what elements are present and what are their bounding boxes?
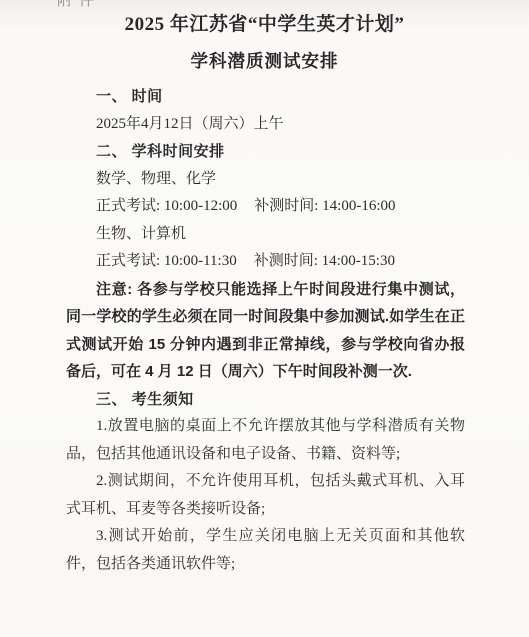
corner-cutoff-label: 附件 xyxy=(57,0,101,10)
exam-time-2: 正式考试: 10:00-11:30 xyxy=(96,253,237,269)
document-title: 2025 年江苏省“中学生英才计划” xyxy=(0,11,529,38)
schedule-row-1: 正式考试: 10:00-12:00补测时间: 14:00-16:00 xyxy=(66,193,465,221)
section-1-heading: 一、 时间 xyxy=(66,83,465,111)
document-body: 一、 时间 2025年4月12日（周六）上午 二、 学科时间安排 数学、物理、化… xyxy=(66,83,465,578)
note-item-2: 2.测试期间，不允许使用耳机，包括头戴式耳机、入耳式耳机、耳麦等各类接听设备; xyxy=(66,468,465,523)
subject-group-2: 生物、计算机 xyxy=(66,221,465,249)
test-date: 2025年4月12日（周六）上午 xyxy=(66,111,465,139)
makeup-time-1: 补测时间: 14:00-16:00 xyxy=(254,198,395,214)
notice-paragraph: 注意: 各参与学校只能选择上午时间段进行集中测试，同一学校的学生必须在同一时间段… xyxy=(66,276,465,386)
makeup-time-2: 补测时间: 14:00-15:30 xyxy=(254,253,395,269)
document-header: 2025 年江苏省“中学生英才计划” 学科潜质测试安排 xyxy=(0,0,529,74)
note-item-1: 1.放置电脑的桌面上不允许摆放其他与学科潜质有关物品，包括其他通讯设备和电子设备… xyxy=(66,413,465,468)
section-3-heading: 三、 考生须知 xyxy=(66,386,465,414)
schedule-row-2: 正式考试: 10:00-11:30补测时间: 14:00-15:30 xyxy=(66,248,465,276)
note-item-3: 3.测试开始前，学生应关闭电脑上无关页面和其他软件，包括各类通讯软件等; xyxy=(66,523,465,578)
document-subtitle: 学科潜质测试安排 xyxy=(0,48,529,74)
subject-group-1: 数学、物理、化学 xyxy=(66,166,465,194)
section-2-heading: 二、 学科时间安排 xyxy=(66,138,465,166)
exam-time-1: 正式考试: 10:00-12:00 xyxy=(96,198,237,214)
document-page: 附件 2025 年江苏省“中学生英才计划” 学科潜质测试安排 一、 时间 202… xyxy=(0,0,529,637)
